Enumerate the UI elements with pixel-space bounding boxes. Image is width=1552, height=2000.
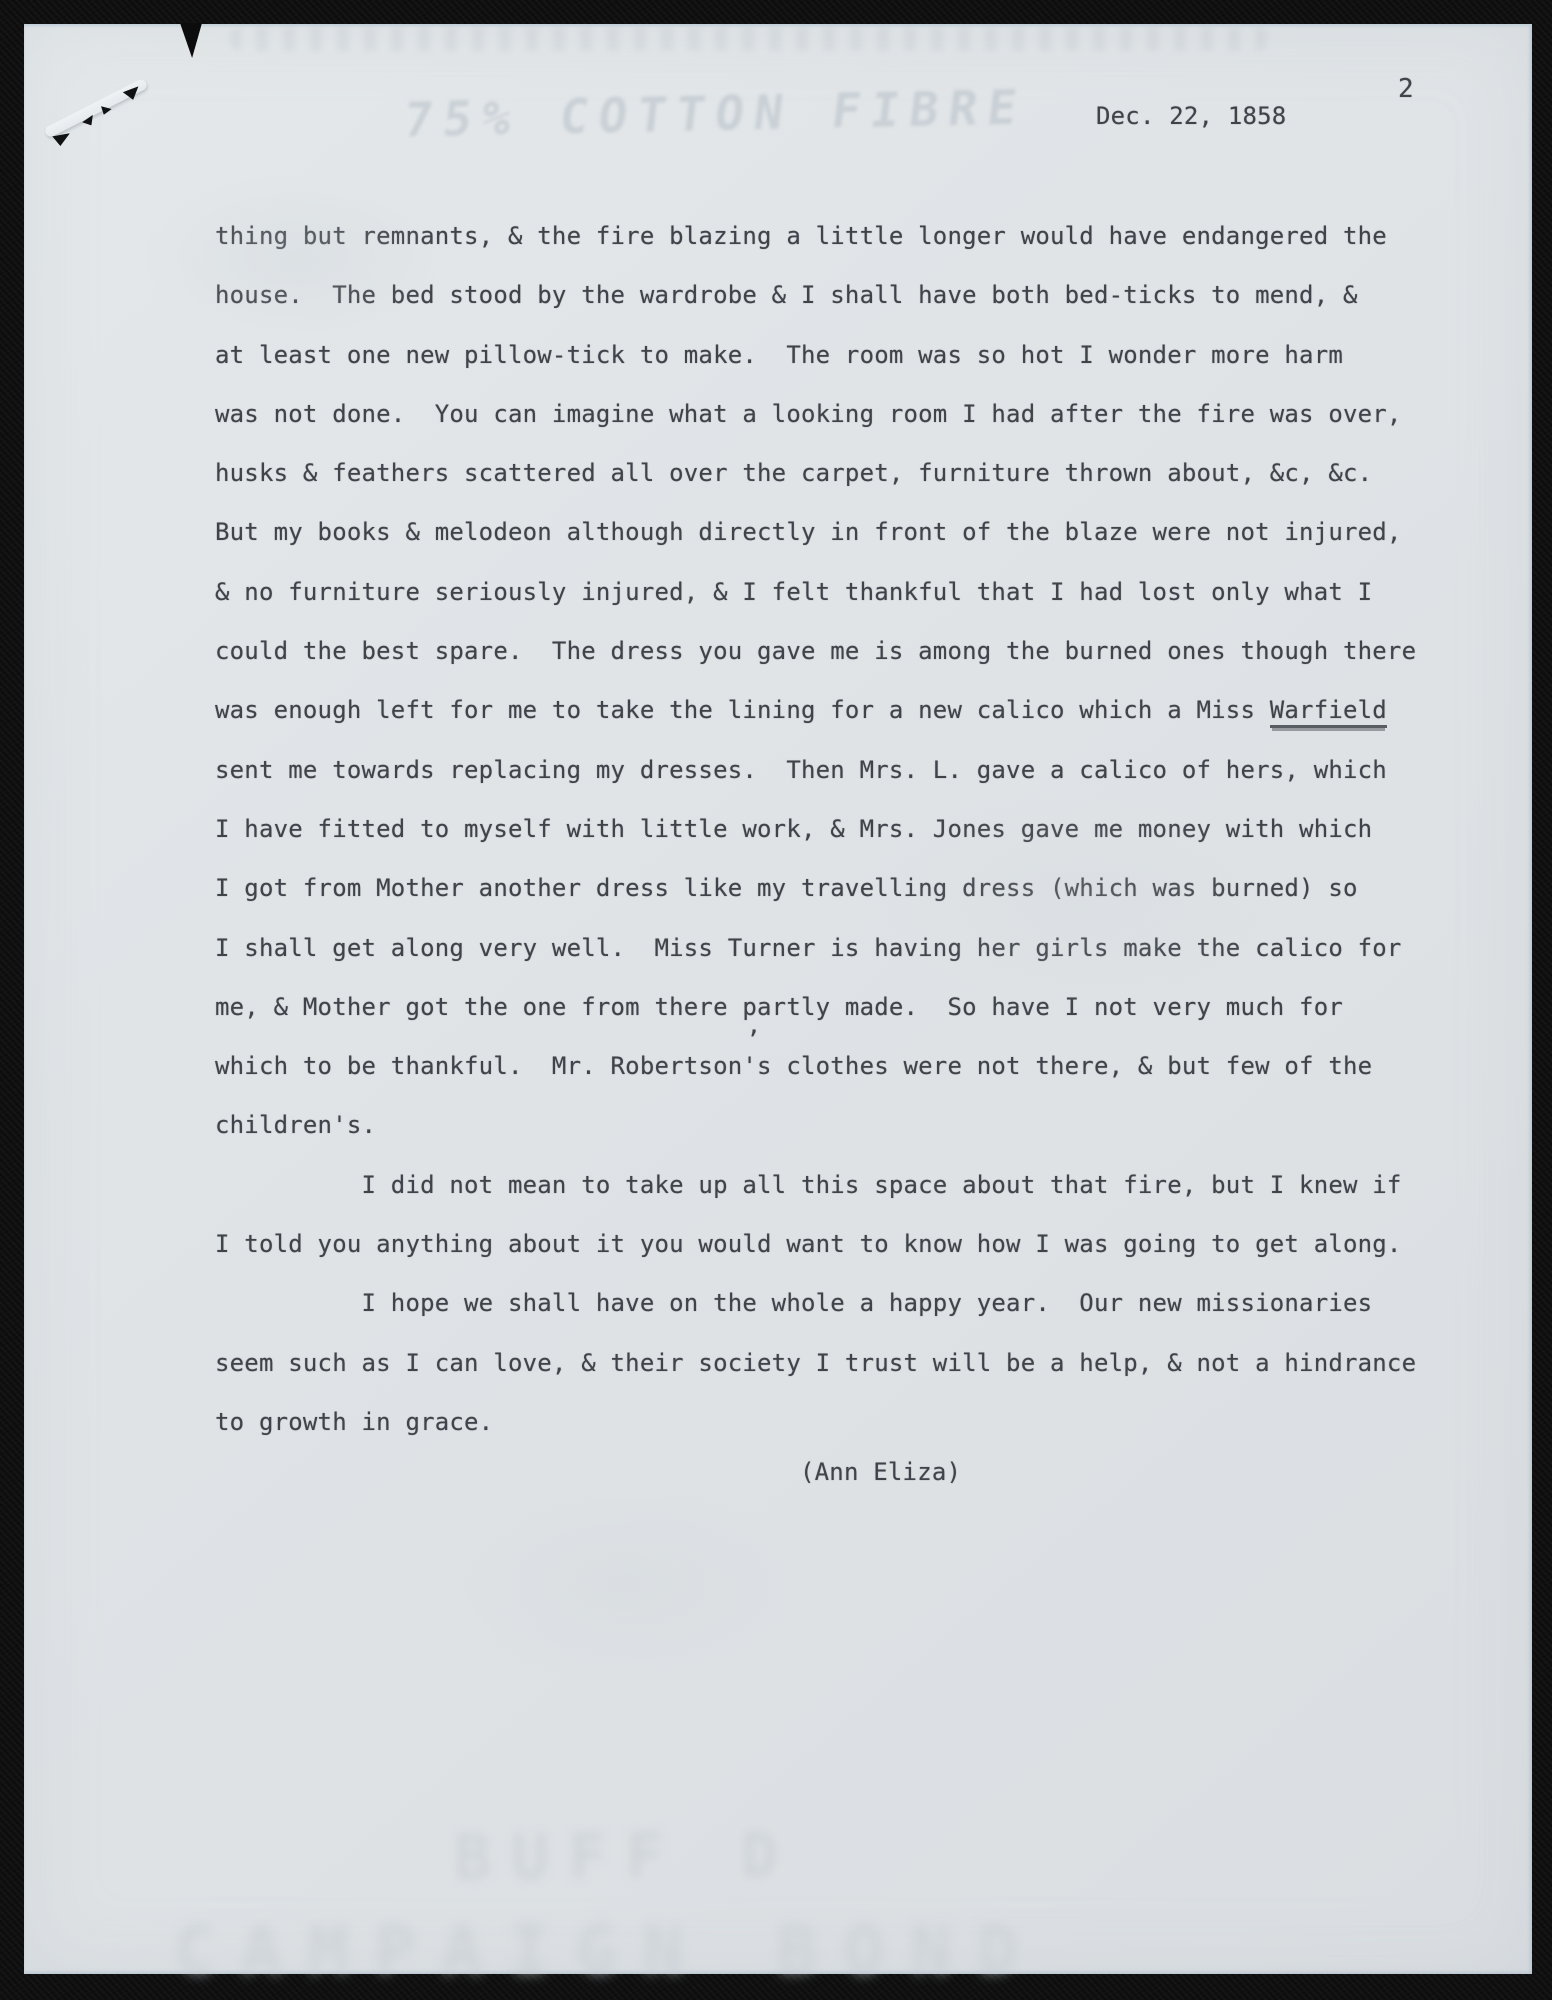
letter-line: & no furniture seriously injured, & I fe… [215, 577, 1495, 636]
letter-line: I did not mean to take up all this space… [215, 1170, 1495, 1229]
letter-line: was enough left for me to take the linin… [215, 695, 1495, 754]
letter-line: But my books & melodeon although directl… [215, 517, 1495, 576]
letter-line: me, & Mother got the one from there part… [215, 992, 1495, 1051]
letter-line: I hope we shall have on the whole a happ… [215, 1288, 1495, 1347]
letter-line: sent me towards replacing my dresses. Th… [215, 755, 1495, 814]
typed-correction-apostrophe: ’ [746, 1026, 760, 1054]
letter-line: I shall get along very well. Miss Turner… [215, 933, 1495, 992]
letter-line: which to be thankful. Mr. Robertson's cl… [215, 1051, 1495, 1110]
paper-tear-notch [180, 23, 202, 58]
letter-line: I got from Mother another dress like my … [215, 873, 1495, 932]
letter-line-text: was enough left for me to take the linin… [215, 696, 1270, 724]
paper-crease [44, 78, 149, 139]
letter-line: children's. [215, 1110, 1495, 1169]
underlined-word: Warfield [1270, 696, 1387, 728]
signature: (Ann Eliza) [800, 1458, 961, 1486]
watermark-cotton-fibre: 75% COTTON FIBRE [401, 79, 1030, 148]
letter-line: was not done. You can imagine what a loo… [215, 399, 1495, 458]
letter-line: I told you anything about it you would w… [215, 1229, 1495, 1288]
date-line: Dec. 22, 1858 [1096, 102, 1286, 130]
letter-line: husks & feathers scattered all over the … [215, 458, 1495, 517]
ghost-smear-top [229, 27, 1269, 51]
letter-line: could the best spare. The dress you gave… [215, 636, 1495, 695]
page-number: 2 [1398, 74, 1414, 104]
letter-page: 75% COTTON FIBRE BUFF D CAMPAIGN BOND 2 … [24, 24, 1532, 1974]
letter-line: at least one new pillow-tick to make. Th… [215, 340, 1495, 399]
ghost-text-bottom-1: BUFF D [454, 1819, 799, 1895]
letter-line: thing but remnants, & the fire blazing a… [215, 221, 1495, 280]
letter-line: seem such as I can love, & their society… [215, 1348, 1495, 1407]
letter-line: house. The bed stood by the wardrobe & I… [215, 280, 1495, 339]
letter-line: I have fitted to myself with little work… [215, 814, 1495, 873]
letter-body: thing but remnants, & the fire blazing a… [215, 221, 1495, 1466]
